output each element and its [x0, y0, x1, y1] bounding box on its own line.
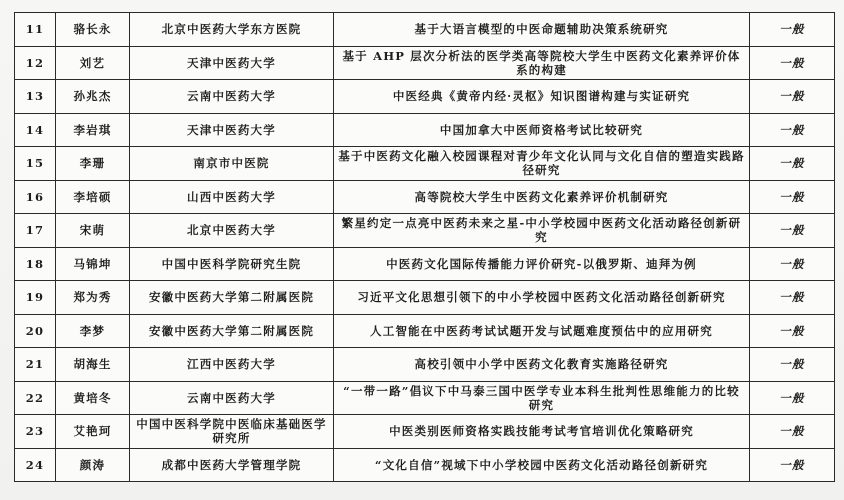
- institution: 北京中医药大学: [130, 214, 334, 248]
- project-title: 基于中医药文化融入校园课程对青少年文化认同与文化自信的塑造实践路径研究: [334, 147, 750, 181]
- project-level: 一般: [750, 247, 835, 281]
- table-row: 24 颜涛 成都中医药大学管理学院 “文化自信”视域下中小学校园中医药文化活动路…: [15, 448, 835, 482]
- project-title: 人工智能在中医药考试试题开发与试题难度预估中的应用研究: [334, 314, 750, 348]
- row-number: 24: [15, 448, 56, 482]
- row-number: 11: [15, 13, 56, 47]
- project-title: “一带一路”倡议下中马泰三国中医学专业本科生批判性思维能力的比较研究: [334, 381, 750, 415]
- project-level: 一般: [750, 13, 835, 47]
- row-number: 12: [15, 46, 56, 80]
- row-number: 15: [15, 147, 56, 181]
- applicant-name: 黄培冬: [56, 381, 130, 415]
- project-title: 习近平文化思想引领下的中小学校园中医药文化活动路径创新研究: [334, 281, 750, 315]
- applicant-name: 李珊: [56, 147, 130, 181]
- applicant-name: 艾艳珂: [56, 415, 130, 449]
- applicant-name: 孙兆杰: [56, 80, 130, 114]
- project-title: 繁星约定一点亮中医药未来之星-中小学校园中医药文化活动路径创新研究: [334, 214, 750, 248]
- applicant-name: 刘艺: [56, 46, 130, 80]
- document-page: 11 骆长永 北京中医药大学东方医院 基于大语言模型的中医命题辅助决策系统研究 …: [0, 0, 844, 500]
- table-row: 16 李培硕 山西中医药大学 高等院校大学生中医药文化素养评价机制研究 一般: [15, 180, 835, 214]
- institution: 成都中医药大学管理学院: [130, 448, 334, 482]
- table-row: 19 郑为秀 安徽中医药大学第二附属医院 习近平文化思想引领下的中小学校园中医药…: [15, 281, 835, 315]
- row-number: 14: [15, 113, 56, 147]
- project-title: 中医类别医师资格实践技能考试考官培训优化策略研究: [334, 415, 750, 449]
- row-number: 17: [15, 214, 56, 248]
- table-row: 14 李岩琪 天津中医药大学 中国加拿大中医师资格考试比较研究 一般: [15, 113, 835, 147]
- project-title: 基于 AHP 层次分析法的医学类高等院校大学生中医药文化素养评价体系的构建: [334, 46, 750, 80]
- project-level: 一般: [750, 214, 835, 248]
- institution: 云南中医药大学: [130, 80, 334, 114]
- project-level: 一般: [750, 46, 835, 80]
- table-row: 15 李珊 南京市中医院 基于中医药文化融入校园课程对青少年文化认同与文化自信的…: [15, 147, 835, 181]
- row-number: 21: [15, 348, 56, 382]
- applicant-name: 李培硕: [56, 180, 130, 214]
- applicant-name: 李岩琪: [56, 113, 130, 147]
- project-title: 基于大语言模型的中医命题辅助决策系统研究: [334, 13, 750, 47]
- institution: 南京市中医院: [130, 147, 334, 181]
- institution: 天津中医药大学: [130, 46, 334, 80]
- institution: 中国中医科学院中医临床基础医学研究所: [130, 415, 334, 449]
- project-level: 一般: [750, 113, 835, 147]
- project-level: 一般: [750, 281, 835, 315]
- project-title: 高校引领中小学中医药文化教育实施路径研究: [334, 348, 750, 382]
- applicant-name: 颜涛: [56, 448, 130, 482]
- project-title: 中国加拿大中医师资格考试比较研究: [334, 113, 750, 147]
- table-row: 23 艾艳珂 中国中医科学院中医临床基础医学研究所 中医类别医师资格实践技能考试…: [15, 415, 835, 449]
- project-level: 一般: [750, 180, 835, 214]
- project-level: 一般: [750, 348, 835, 382]
- row-number: 16: [15, 180, 56, 214]
- row-number: 23: [15, 415, 56, 449]
- project-title: 中医药文化国际传播能力评价研究-以俄罗斯、迪拜为例: [334, 247, 750, 281]
- project-level: 一般: [750, 80, 835, 114]
- applicant-name: 李梦: [56, 314, 130, 348]
- project-list-table: 11 骆长永 北京中医药大学东方医院 基于大语言模型的中医命题辅助决策系统研究 …: [14, 12, 835, 482]
- project-level: 一般: [750, 381, 835, 415]
- project-title: 高等院校大学生中医药文化素养评价机制研究: [334, 180, 750, 214]
- table-row: 11 骆长永 北京中医药大学东方医院 基于大语言模型的中医命题辅助决策系统研究 …: [15, 13, 835, 47]
- project-level: 一般: [750, 448, 835, 482]
- row-number: 19: [15, 281, 56, 315]
- row-number: 22: [15, 381, 56, 415]
- applicant-name: 宋萌: [56, 214, 130, 248]
- project-level: 一般: [750, 147, 835, 181]
- row-number: 20: [15, 314, 56, 348]
- table-row: 21 胡海生 江西中医药大学 高校引领中小学中医药文化教育实施路径研究 一般: [15, 348, 835, 382]
- institution: 山西中医药大学: [130, 180, 334, 214]
- applicant-name: 骆长永: [56, 13, 130, 47]
- institution: 安徽中医药大学第二附属医院: [130, 314, 334, 348]
- row-number: 13: [15, 80, 56, 114]
- project-level: 一般: [750, 314, 835, 348]
- row-number: 18: [15, 247, 56, 281]
- table-row: 12 刘艺 天津中医药大学 基于 AHP 层次分析法的医学类高等院校大学生中医药…: [15, 46, 835, 80]
- institution: 中国中医科学院研究生院: [130, 247, 334, 281]
- institution: 北京中医药大学东方医院: [130, 13, 334, 47]
- project-title: “文化自信”视域下中小学校园中医药文化活动路径创新研究: [334, 448, 750, 482]
- applicant-name: 胡海生: [56, 348, 130, 382]
- table-row: 22 黄培冬 云南中医药大学 “一带一路”倡议下中马泰三国中医学专业本科生批判性…: [15, 381, 835, 415]
- project-title: 中医经典《黄帝内经·灵枢》知识图谱构建与实证研究: [334, 80, 750, 114]
- institution: 云南中医药大学: [130, 381, 334, 415]
- institution: 安徽中医药大学第二附属医院: [130, 281, 334, 315]
- table-row: 17 宋萌 北京中医药大学 繁星约定一点亮中医药未来之星-中小学校园中医药文化活…: [15, 214, 835, 248]
- project-level: 一般: [750, 415, 835, 449]
- applicant-name: 郑为秀: [56, 281, 130, 315]
- table-row: 20 李梦 安徽中医药大学第二附属医院 人工智能在中医药考试试题开发与试题难度预…: [15, 314, 835, 348]
- applicant-name: 马锦坤: [56, 247, 130, 281]
- institution: 天津中医药大学: [130, 113, 334, 147]
- institution: 江西中医药大学: [130, 348, 334, 382]
- table-row: 13 孙兆杰 云南中医药大学 中医经典《黄帝内经·灵枢》知识图谱构建与实证研究 …: [15, 80, 835, 114]
- table-row: 18 马锦坤 中国中医科学院研究生院 中医药文化国际传播能力评价研究-以俄罗斯、…: [15, 247, 835, 281]
